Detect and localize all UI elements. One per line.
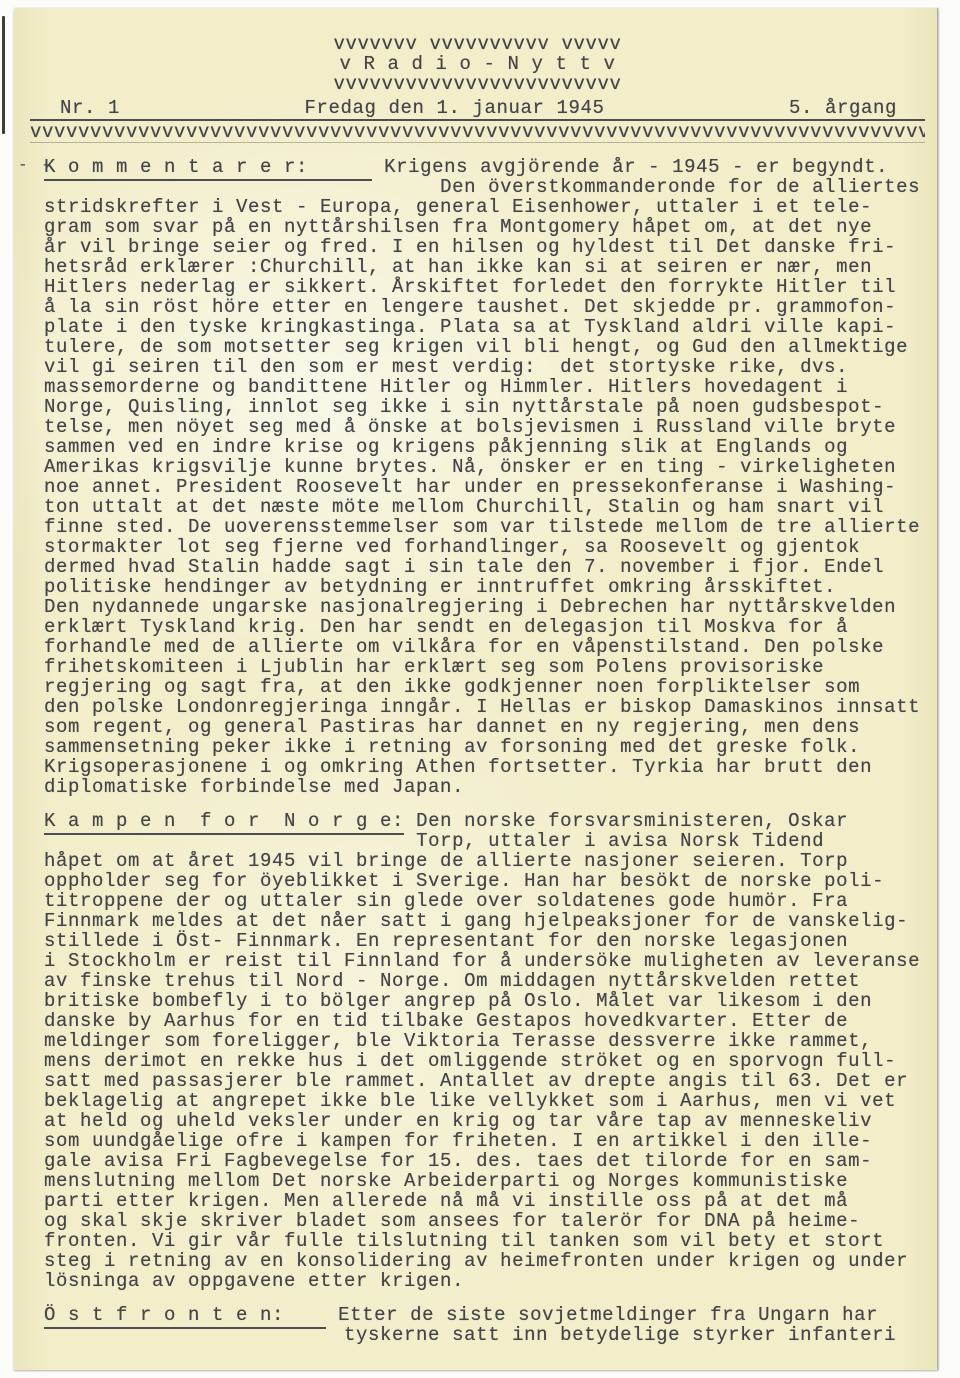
masthead-ornament-bottom: vvvvvvvvvvvvvvvvvvvvvvvv (30, 74, 925, 94)
masthead-ornament-top: vvvvvvv vvvvvvvvvv vvvvv (30, 34, 925, 54)
section-body-kommentarer: Krigens avgjörende år - 1945 - er begynd… (44, 156, 920, 798)
section-ostfronten: Ö s t f r o n t e n: Etter de siste sovj… (30, 1305, 925, 1345)
scan-edge-mark (2, 16, 5, 134)
section-kampen-for-norge: K a m p e n f o r N o r g e: Den norske … (30, 811, 925, 1291)
issue-row: Nr. 1 Fredag den 1. januar 1945 5. årgan… (30, 98, 925, 121)
section-kommentarer: - -K o m m e n t a r e r: Krigens avgjör… (30, 157, 925, 797)
section-body-kampen-for-norge: Den norske forsvarsministeren, Oskar Tor… (44, 810, 920, 1292)
margin-dash: - - (18, 155, 53, 175)
header-divider: vvvvvvvvvvvvvvvvvvvvvvvvvvvvvvvvvvvvvvvv… (30, 122, 925, 143)
masthead: vvvvvvv vvvvvvvvvv vvvvv v R a d i o - N… (30, 34, 925, 94)
issue-number: Nr. 1 (60, 98, 120, 118)
scanned-page: vvvvvvv vvvvvvvvvv vvvvv v R a d i o - N… (0, 0, 960, 1378)
masthead-title: v R a d i o - N y t t v (30, 54, 925, 74)
issue-volume: 5. årgang (789, 98, 897, 118)
newsletter-paper: vvvvvvv vvvvvvvvvv vvvvv v R a d i o - N… (14, 8, 938, 1370)
issue-date: Fredag den 1. januar 1945 (304, 98, 604, 118)
